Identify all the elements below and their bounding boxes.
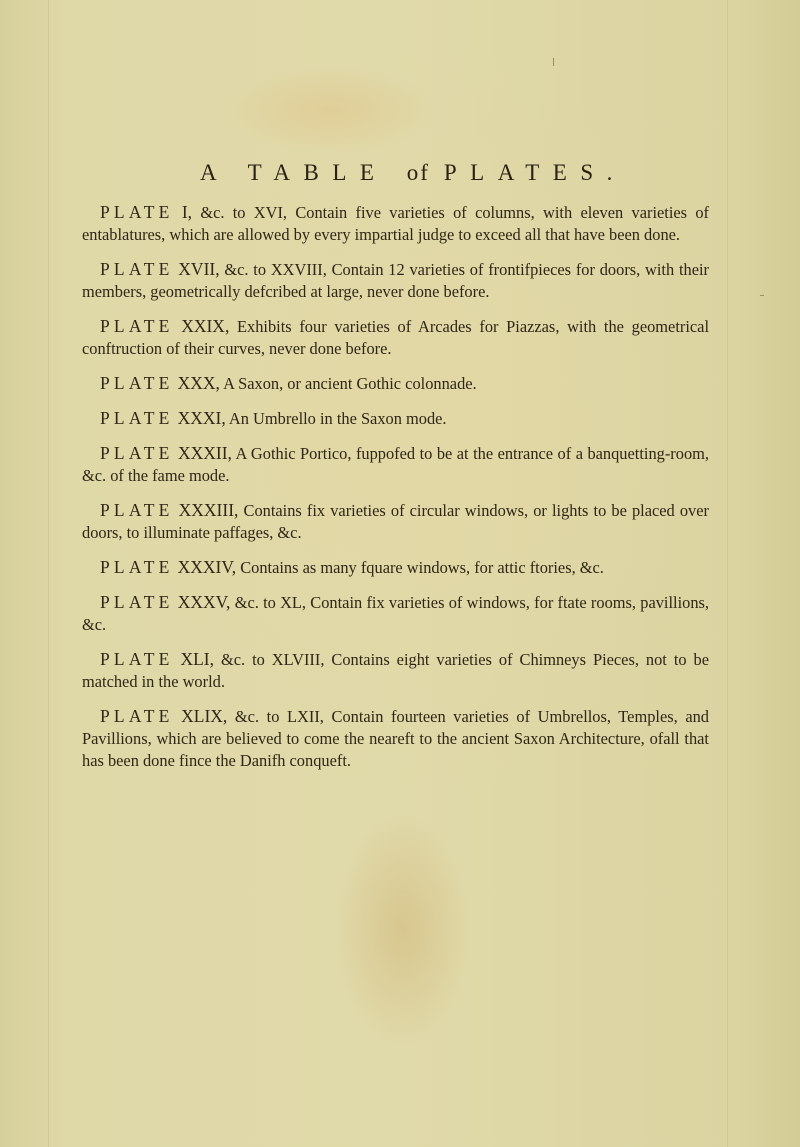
ink-speck [760,295,764,296]
plate-entry: PLATE XXX, A Saxon, or ancient Gothic co… [82,372,709,395]
plate-entry: PLATE XXIX, Exhibits four varieties of A… [82,315,709,360]
plate-label: PLATE [100,557,174,577]
plate-mark-right [727,0,728,1147]
plate-mark-left [48,0,49,1147]
plate-description: &c. to LXII, Contain fourteen varieties … [82,707,709,770]
plates-list: PLATE I, &c. to XVI, Contain five variet… [82,201,709,784]
plate-label: PLATE [100,649,174,669]
title-part-1: A TABLE [200,160,387,185]
plate-numeral: XXXII, [178,443,232,463]
plate-label: PLATE [100,408,174,428]
plate-entry: PLATE XXXII, A Gothic Portico, fuppofed … [82,442,709,487]
plate-description: &c. to XL, Contain fix varieties of wind… [82,593,709,634]
plate-label: PLATE [100,373,174,393]
plate-numeral: XXXV, [178,592,231,612]
ink-speck [553,58,554,66]
plate-description: &c. to XLVIII, Contains eight varieties … [82,650,709,691]
plate-numeral: XXIX, [181,316,229,336]
plate-entry: PLATE XLIX, &c. to LXII, Contain fourtee… [82,705,709,772]
title-part-2: of [407,160,430,185]
plate-entry: PLATE XXXIV, Contains as many fquare win… [82,556,709,579]
plate-description: A Saxon, or ancient Gothic colonnade. [220,374,477,393]
plate-numeral: XLIX, [181,706,227,726]
plate-entry: PLATE XVII, &c. to XXVIII, Contain 12 va… [82,258,709,303]
plate-label: PLATE [100,259,174,279]
plate-description: &c. to XXVIII, Contain 12 varieties of f… [82,260,709,301]
plate-label: PLATE [100,500,174,520]
plate-description: A Gothic Portico, fuppofed to be at the … [82,444,709,485]
plate-entry: PLATE I, &c. to XVI, Contain five variet… [82,201,709,246]
plate-description: Contains fix varieties of circular windo… [82,501,709,542]
plate-numeral: XXXIV, [178,557,237,577]
plate-numeral: I, [182,202,192,222]
plate-description: Contains as many fquare windows, for att… [236,558,604,577]
plate-entry: PLATE XXXIII, Contains fix varieties of … [82,499,709,544]
page-title: A TABLE ofPLATES. [200,160,660,186]
plate-numeral: XVII, [178,259,219,279]
plate-label: PLATE [100,592,174,612]
plate-description: Exhibits four varieties of Arcades for P… [82,317,709,358]
plate-entry: PLATE XXXV, &c. to XL, Contain fix varie… [82,591,709,636]
plate-numeral: XXXIII, [179,500,239,520]
plate-description: &c. to XVI, Contain five varieties of co… [82,203,709,244]
plate-entry: PLATE XXXI, An Umbrello in the Saxon mod… [82,407,709,430]
plate-label: PLATE [100,706,174,726]
plate-label: PLATE [100,443,174,463]
plate-label: PLATE [100,202,174,222]
plate-entry: PLATE XLI, &c. to XLVIII, Contains eight… [82,648,709,693]
plate-description: An Umbrello in the Saxon mode. [226,409,447,428]
plate-numeral: XXXI, [178,408,226,428]
plate-numeral: XLI, [180,649,214,669]
plate-numeral: XXX, [178,373,220,393]
plate-label: PLATE [100,316,174,336]
title-part-3: PLATES. [444,160,626,185]
